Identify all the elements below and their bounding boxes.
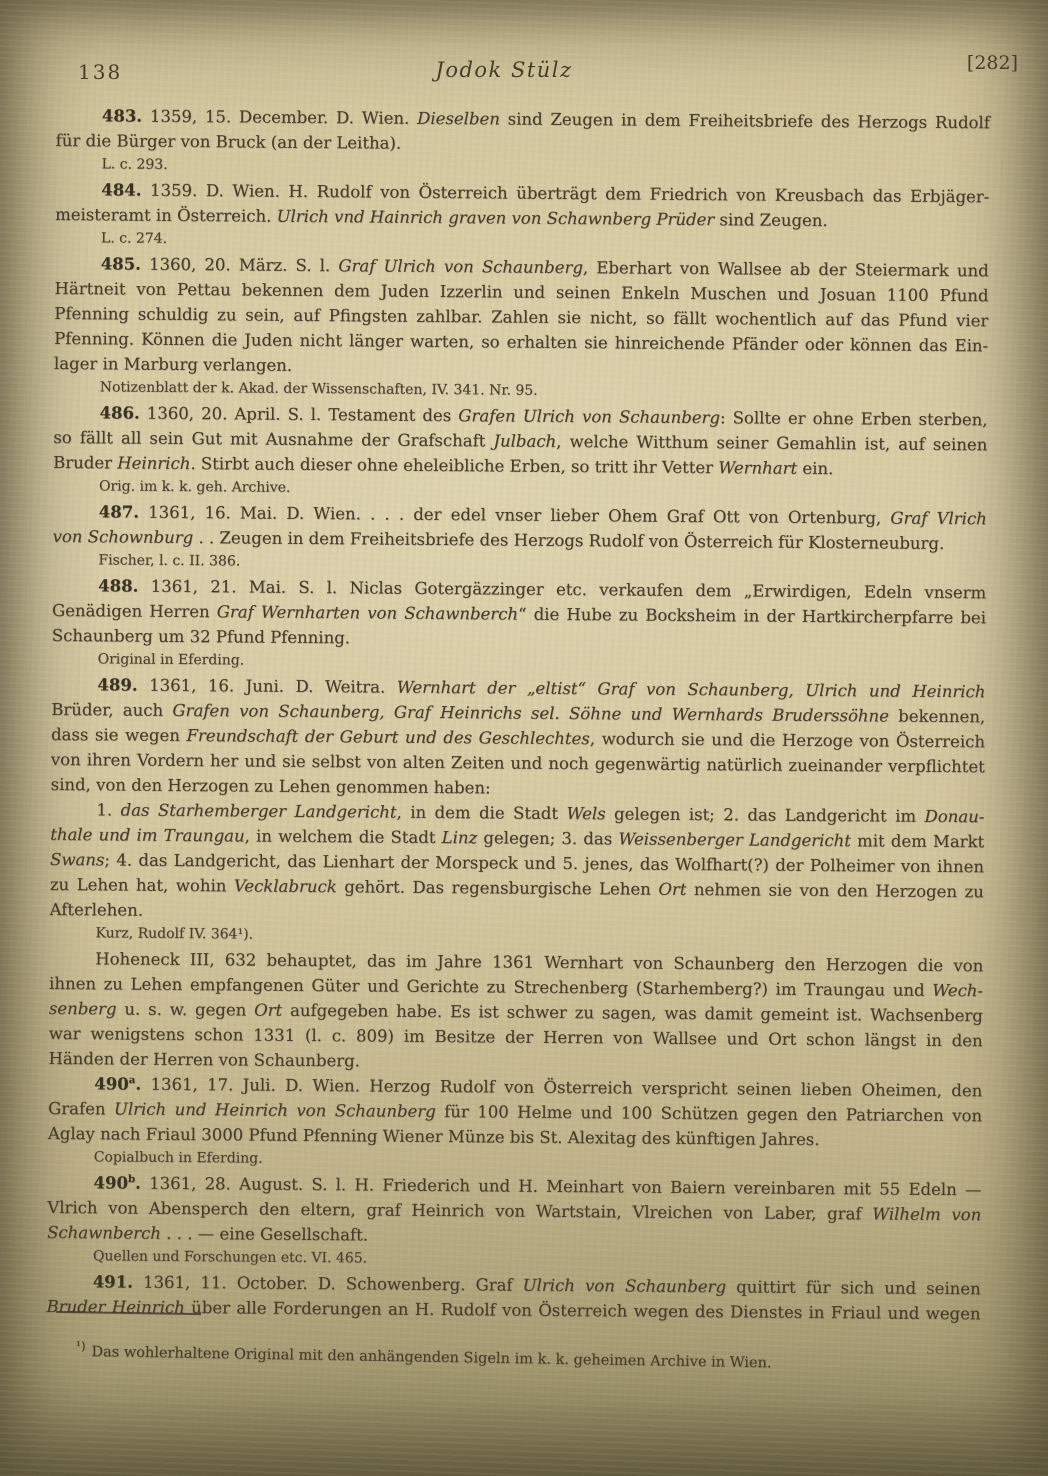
- text-segment: 1361, 28. August. S. l. H. Friederich un…: [141, 1174, 982, 1200]
- text-segment: . Stirbt auch dieser ohne eheleibliche E…: [190, 454, 718, 477]
- paragraph: 484. 1359. D. Wien. H. Rudolf von Österr…: [55, 177, 989, 234]
- text-segment: Wels: [566, 804, 605, 823]
- entry-483: 483. 1359, 15. December. D. Wien. Diesel…: [55, 103, 990, 181]
- entry-489: 489. 1361, 16. Juni. D. Weitra. Wernhart…: [49, 672, 985, 950]
- entry-hoheneck-note: Hoheneck III, 632 behauptet, das im Jahr…: [48, 946, 983, 1078]
- text-segment: thale und im Traungau: [50, 825, 245, 846]
- text-segment: 489.: [97, 675, 137, 694]
- text-segment: Afterlehen.: [50, 900, 143, 920]
- text-segment: Grafen Ulrich von Schaunberg: [458, 406, 720, 427]
- text-segment: 1361, 16. Juni. D. Weitra.: [138, 676, 397, 697]
- text-segment: Wernhart: [718, 458, 797, 478]
- text-segment: u. s. w. gegen: [116, 1000, 254, 1020]
- footnote-text: Das wohlerhaltene Original mit den anhän…: [91, 1344, 771, 1371]
- text-segment: Brüder, auch: [51, 700, 172, 720]
- text-segment: , wodurch sie und die Herzoge von Österr…: [590, 729, 985, 751]
- text-segment: 488.: [98, 576, 138, 595]
- text-segment: gelegen ist; 2. das Landgericht im: [606, 804, 925, 826]
- text-segment: 487.: [99, 502, 139, 521]
- text-segment: 1361, 21. Mai. S. l. Niclas Gotergäzzing…: [138, 577, 986, 603]
- book-page-scan: 138 Jodok Stülz [282] 483. 1359, 15. Dec…: [0, 0, 1048, 1476]
- text-segment: “ die Hube zu Bocksheim in der Hartkirch…: [518, 605, 986, 628]
- text-segment: 1359. D. Wien. H. Rudolf von Österreich …: [141, 181, 989, 207]
- text-segment: 483.: [102, 106, 142, 125]
- text-segment: Julbach: [493, 431, 556, 450]
- footnote: ¹)Das wohlerhaltene Original mit den anh…: [76, 1336, 928, 1376]
- text-segment: Swans: [50, 850, 105, 869]
- entry-484: 484. 1359. D. Wien. H. Rudolf von Österr…: [55, 177, 990, 255]
- running-title: Jodok Stülz: [0, 58, 1008, 82]
- text-segment: Weissenberger Landgericht: [618, 829, 851, 850]
- text-segment: Dieselben: [417, 109, 500, 129]
- text-segment: zu Lehen hat, wohin: [50, 875, 234, 895]
- edition-number: [282]: [967, 52, 1018, 74]
- text-segment: Schaunberg um 32 Pfund Pfenning.: [52, 626, 350, 647]
- text-segment: aufgegeben habe. Es ist schwer zu sagen,…: [282, 1001, 983, 1026]
- text-segment: , in welchem die Stadt: [245, 827, 442, 848]
- paragraph: Hoheneck III, 632 behauptet, das im Jahr…: [48, 946, 983, 1078]
- text-segment: 1359, 15. December. D. Wien.: [142, 107, 417, 128]
- entry-491: 491. 1361, 11. October. D. Schowenberg. …: [46, 1269, 980, 1326]
- text-segment: Schawnberch: [47, 1223, 161, 1243]
- paragraph: 483. 1359, 15. December. D. Wien. Diesel…: [56, 103, 990, 160]
- text-segment: Heinrich: [117, 453, 190, 473]
- text-segment: 1361, 11. October. D. Schowenberg. Graf: [133, 1273, 523, 1295]
- footnote-marker: ¹): [76, 1339, 86, 1353]
- entry-490a: 490a. 1361, 17. Juli. D. Wien. Herzog Ru…: [48, 1071, 983, 1174]
- paragraph: 489. 1361, 16. Juni. D. Weitra. Wernhart…: [51, 672, 986, 804]
- text-segment: dass sie wegen: [51, 725, 187, 745]
- text-segment: Händen der Herren von Schaunberg.: [48, 1049, 360, 1070]
- text-segment: Ulrich und Heinrich von Schaunberg: [114, 1099, 436, 1121]
- text-segment: 486.: [99, 403, 139, 422]
- text-segment: über alle Forderungen an H. Rudolf von Ö…: [185, 1298, 981, 1323]
- text-segment: Graf Ulrich von Schaunberg: [338, 256, 583, 277]
- text-segment: Bruder: [53, 453, 117, 473]
- text-segment: 1360, 20. April. S. l. Testament des: [140, 404, 459, 426]
- text-segment: . . . — eine Gesellschaft.: [161, 1224, 368, 1245]
- text-segment: sind, von den Herzogen zu Lehen genommen…: [51, 775, 491, 797]
- text-segment: Linz: [442, 828, 478, 847]
- text-segment: 490: [93, 1173, 128, 1192]
- text-segment: Donau-: [924, 807, 984, 826]
- text-segment: senberg: [49, 999, 117, 1019]
- text-segment: quittirt für sich und seinen: [726, 1277, 981, 1298]
- text-segment: so fällt all sein Gut mit Ausnahme der G…: [53, 428, 493, 450]
- text-segment: Freundschaft der Geburt und des Geschlec…: [186, 726, 589, 748]
- text-segment: 1360, 20. März. S. l.: [141, 255, 339, 276]
- text-segment: meisteramt in Österreich.: [55, 205, 277, 226]
- entries: 483. 1359, 15. December. D. Wien. Diesel…: [46, 103, 990, 1326]
- text-segment: ein.: [797, 459, 833, 478]
- text-segment: 484.: [101, 180, 141, 199]
- text-segment: nehmen sie von den Herzogen zu: [686, 880, 984, 901]
- text-segment: Aglay nach Friaul 3000 Pfund Pfenning Wi…: [48, 1124, 820, 1149]
- text-segment: 1.: [96, 800, 120, 819]
- text-segment: 1361, 16. Mai. D. Wien. . . . der edel v…: [139, 503, 891, 528]
- text-segment: 485.: [101, 254, 141, 273]
- entry-485: 485. 1360, 20. März. S. l. Graf Ulrich v…: [54, 251, 989, 404]
- text-segment: , welche Witthum seiner Gemahlin ist, au…: [556, 432, 987, 454]
- text-segment: Wilhelm von: [872, 1204, 981, 1224]
- text-segment: Wech-: [932, 981, 983, 1000]
- text-segment: 1361, 17. Juli. D. Wien. Herzog Rudolf v…: [141, 1075, 982, 1101]
- paragraph: 488. 1361, 21. Mai. S. l. Niclas Gotergä…: [52, 573, 987, 655]
- text-segment: Vlrich von Abensperch den eltern, graf H…: [47, 1198, 872, 1223]
- text-segment: gelegen; 3. das: [477, 828, 618, 848]
- text-segment: Graf Vlrich: [890, 509, 987, 529]
- text-segment: das Starhemberger Landgericht: [121, 801, 397, 822]
- text-segment: Ort: [254, 1001, 282, 1020]
- text-segment: 491.: [93, 1272, 133, 1291]
- paragraph: 487. 1361, 16. Mai. D. Wien. . . . der e…: [52, 499, 986, 556]
- text-segment: , Eberhart von Wallsee ab der Steiermark…: [583, 258, 989, 280]
- text-segment: bekennen,: [889, 707, 985, 727]
- text-segment: lager in Marburg verlangen.: [54, 354, 292, 375]
- text-segment: Genädigen Herren: [52, 601, 217, 621]
- text-segment: b: [128, 1173, 135, 1185]
- text-segment: ; 4. das Landgericht, das Lienhart der M…: [104, 850, 984, 876]
- entry-487: 487. 1361, 16. Mai. D. Wien. . . . der e…: [52, 499, 987, 577]
- text-segment: Ort: [658, 880, 686, 899]
- paragraph: 485. 1360, 20. März. S. l. Graf Ulrich v…: [54, 251, 989, 383]
- text-segment: für die Bürger von Bruck (an der Leitha)…: [56, 131, 402, 153]
- text-segment: . . Zeugen in dem Freiheitsbriefe des He…: [193, 528, 944, 553]
- entry-486: 486. 1360, 20. April. S. l. Testament de…: [53, 400, 988, 503]
- text-segment: Grafen von Schaunberg, Graf Heinrichs se…: [172, 701, 889, 726]
- paragraph: 490b. 1361, 28. August. S. l. H. Frieder…: [47, 1170, 982, 1252]
- entry-490b: 490b. 1361, 28. August. S. l. H. Frieder…: [47, 1170, 982, 1273]
- text-segment: 490: [94, 1074, 129, 1093]
- paragraph: 1. das Starhemberger Landgericht, in dem…: [50, 797, 985, 929]
- text-segment: für 100 Helme und 100 Schützen gegen den…: [436, 1102, 982, 1125]
- text-segment: Ulrich von Schaunberg: [523, 1276, 727, 1297]
- text-segment: Grafen: [48, 1099, 114, 1119]
- text-segment: mit dem Markt: [851, 831, 984, 851]
- text-segment: Wernhart der „eltist“ Graf von Schaunber…: [397, 678, 986, 702]
- paragraph: 490a. 1361, 17. Juli. D. Wien. Herzog Ru…: [48, 1071, 983, 1153]
- text-segment: gehört. Das regensburgische Lehen: [337, 877, 659, 899]
- entry-488: 488. 1361, 21. Mai. S. l. Niclas Gotergä…: [52, 573, 987, 676]
- text-segment: Graf Wernharten von Schawnberch: [217, 602, 518, 623]
- paragraph: 486. 1360, 20. April. S. l. Testament de…: [53, 400, 988, 482]
- text-segment: von Schownburg: [53, 527, 194, 547]
- text-segment: sind Zeugen in dem Freiheitsbriefe des H…: [500, 109, 990, 132]
- text-segment: : Sollte er ohne Erben sterben,: [720, 408, 988, 429]
- text-segment: , in dem die Stadt: [396, 803, 566, 823]
- text-segment: sind Zeugen.: [714, 210, 828, 230]
- text-segment: Ulrich vnd Hainrich graven von Schawnber…: [277, 207, 715, 229]
- text-segment: Vecklabruck: [234, 876, 337, 896]
- paragraph: 491. 1361, 11. October. D. Schowenberg. …: [46, 1269, 980, 1326]
